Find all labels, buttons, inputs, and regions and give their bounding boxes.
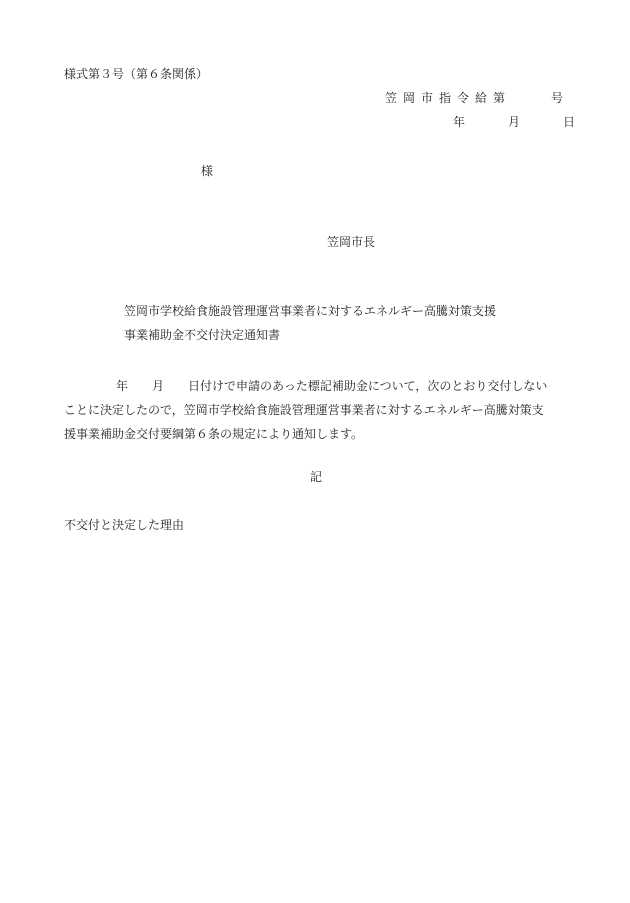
- document-number: 笠岡市指令給第号: [385, 91, 569, 105]
- form-number: 様式第３号（第６条関係）: [64, 67, 208, 81]
- ki-heading: 記: [310, 470, 322, 484]
- reason-label: 不交付と決定した理由: [64, 518, 184, 532]
- addressee-honorific: 様: [201, 164, 213, 178]
- body-paragraph: 年月日付けで申請のあった標記補助金について，次のとおり交付しない ことに決定した…: [64, 374, 567, 446]
- document-number-prefix: 笠岡市指令給第: [385, 91, 511, 105]
- date-month-label: 月: [508, 115, 520, 129]
- document-title-line2: 事業補助金不交付決定通知書: [124, 328, 280, 342]
- body-line-1-text: 日付けで申請のあった標記補助金について，次のとおり交付しない: [188, 379, 547, 393]
- body-line-3: 援事業補助金交付要綱第６条の規定により通知します。: [64, 422, 567, 446]
- body-month-label: 月: [152, 379, 164, 393]
- body-year-label: 年: [116, 379, 128, 393]
- document-title-line1: 笠岡市学校給食施設管理運営事業者に対するエネルギー高騰対策支援: [124, 304, 496, 318]
- document-number-suffix: 号: [551, 91, 569, 105]
- date-day-label: 日: [563, 115, 575, 129]
- document-date: 年月日: [453, 115, 575, 129]
- date-year-label: 年: [453, 115, 465, 129]
- body-line-1: 年月日付けで申請のあった標記補助金について，次のとおり交付しない: [64, 374, 567, 398]
- body-line-2: ことに決定したので，笠岡市学校給食施設管理運営事業者に対するエネルギー高騰対策支: [64, 398, 567, 422]
- sender-name: 笠岡市長: [327, 235, 375, 249]
